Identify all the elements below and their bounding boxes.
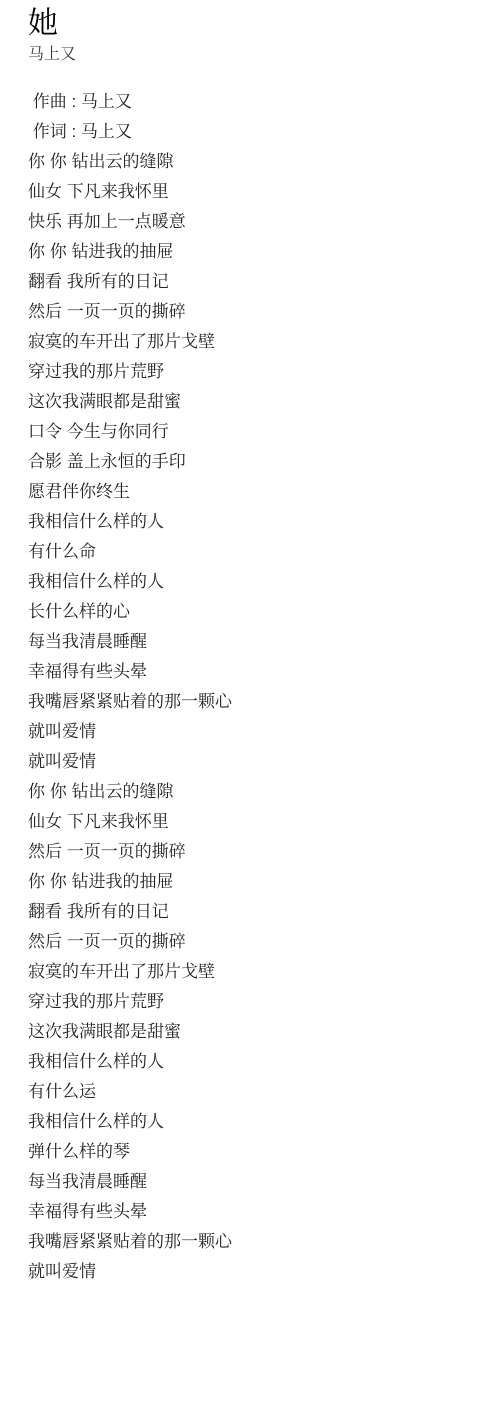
lyric-line: 我相信什么样的人 (28, 1107, 476, 1137)
lyric-line: 我嘴唇紧紧贴着的那一颗心 (28, 1227, 476, 1257)
lyric-line: 这次我满眼都是甜蜜 (28, 1017, 476, 1047)
artist-name: 马上又 (28, 45, 476, 65)
lyric-line: 你 你 钻进我的抽屉 (28, 867, 476, 897)
lyric-line: 就叫爱情 (28, 747, 476, 777)
lyric-line: 愿君伴你终生 (28, 477, 476, 507)
lyric-line: 就叫爱情 (28, 1257, 476, 1287)
lyric-line: 然后 一页一页的撕碎 (28, 297, 476, 327)
lyric-line: 口令 今生与你同行 (28, 417, 476, 447)
lyric-line: 我相信什么样的人 (28, 507, 476, 537)
lyric-line: 每当我清晨睡醒 (28, 1167, 476, 1197)
lyric-line: 翻看 我所有的日记 (28, 897, 476, 927)
lyric-line: 穿过我的那片荒野 (28, 987, 476, 1017)
lyric-line: 翻看 我所有的日记 (28, 267, 476, 297)
lyric-line: 长什么样的心 (28, 597, 476, 627)
lyric-line: 寂寞的车开出了那片戈壁 (28, 957, 476, 987)
lyric-line: 有什么运 (28, 1077, 476, 1107)
lyric-line: 你 你 钻出云的缝隙 (28, 777, 476, 807)
credits-block: 作曲 : 马上又 作词 : 马上又 (28, 87, 476, 147)
lyric-line: 每当我清晨睡醒 (28, 627, 476, 657)
lyric-line: 合影 盖上永恒的手印 (28, 447, 476, 477)
lyricist-credit: 作词 : 马上又 (28, 117, 476, 147)
lyric-line: 寂寞的车开出了那片戈壁 (28, 327, 476, 357)
lyric-line: 就叫爱情 (28, 717, 476, 747)
lyrics-body: 你 你 钻出云的缝隙仙女 下凡来我怀里快乐 再加上一点暖意你 你 钻进我的抽屉翻… (28, 147, 476, 1287)
lyric-line: 幸福得有些头晕 (28, 1197, 476, 1227)
lyric-line: 然后 一页一页的撕碎 (28, 927, 476, 957)
lyric-line: 有什么命 (28, 537, 476, 567)
lyric-line: 弹什么样的琴 (28, 1137, 476, 1167)
lyric-line: 幸福得有些头晕 (28, 657, 476, 687)
lyric-line: 快乐 再加上一点暖意 (28, 207, 476, 237)
song-title: 她 (28, 6, 476, 42)
lyric-line: 你 你 钻出云的缝隙 (28, 147, 476, 177)
lyric-line: 你 你 钻进我的抽屉 (28, 237, 476, 267)
composer-credit: 作曲 : 马上又 (28, 87, 476, 117)
lyric-line: 我相信什么样的人 (28, 1047, 476, 1077)
lyric-line: 然后 一页一页的撕碎 (28, 837, 476, 867)
lyric-line: 我嘴唇紧紧贴着的那一颗心 (28, 687, 476, 717)
lyric-line: 穿过我的那片荒野 (28, 357, 476, 387)
lyrics-page: 她 马上又 作曲 : 马上又 作词 : 马上又 你 你 钻出云的缝隙仙女 下凡来… (0, 0, 500, 1347)
lyric-line: 仙女 下凡来我怀里 (28, 177, 476, 207)
lyric-line: 我相信什么样的人 (28, 567, 476, 597)
lyric-line: 这次我满眼都是甜蜜 (28, 387, 476, 417)
lyric-line: 仙女 下凡来我怀里 (28, 807, 476, 837)
